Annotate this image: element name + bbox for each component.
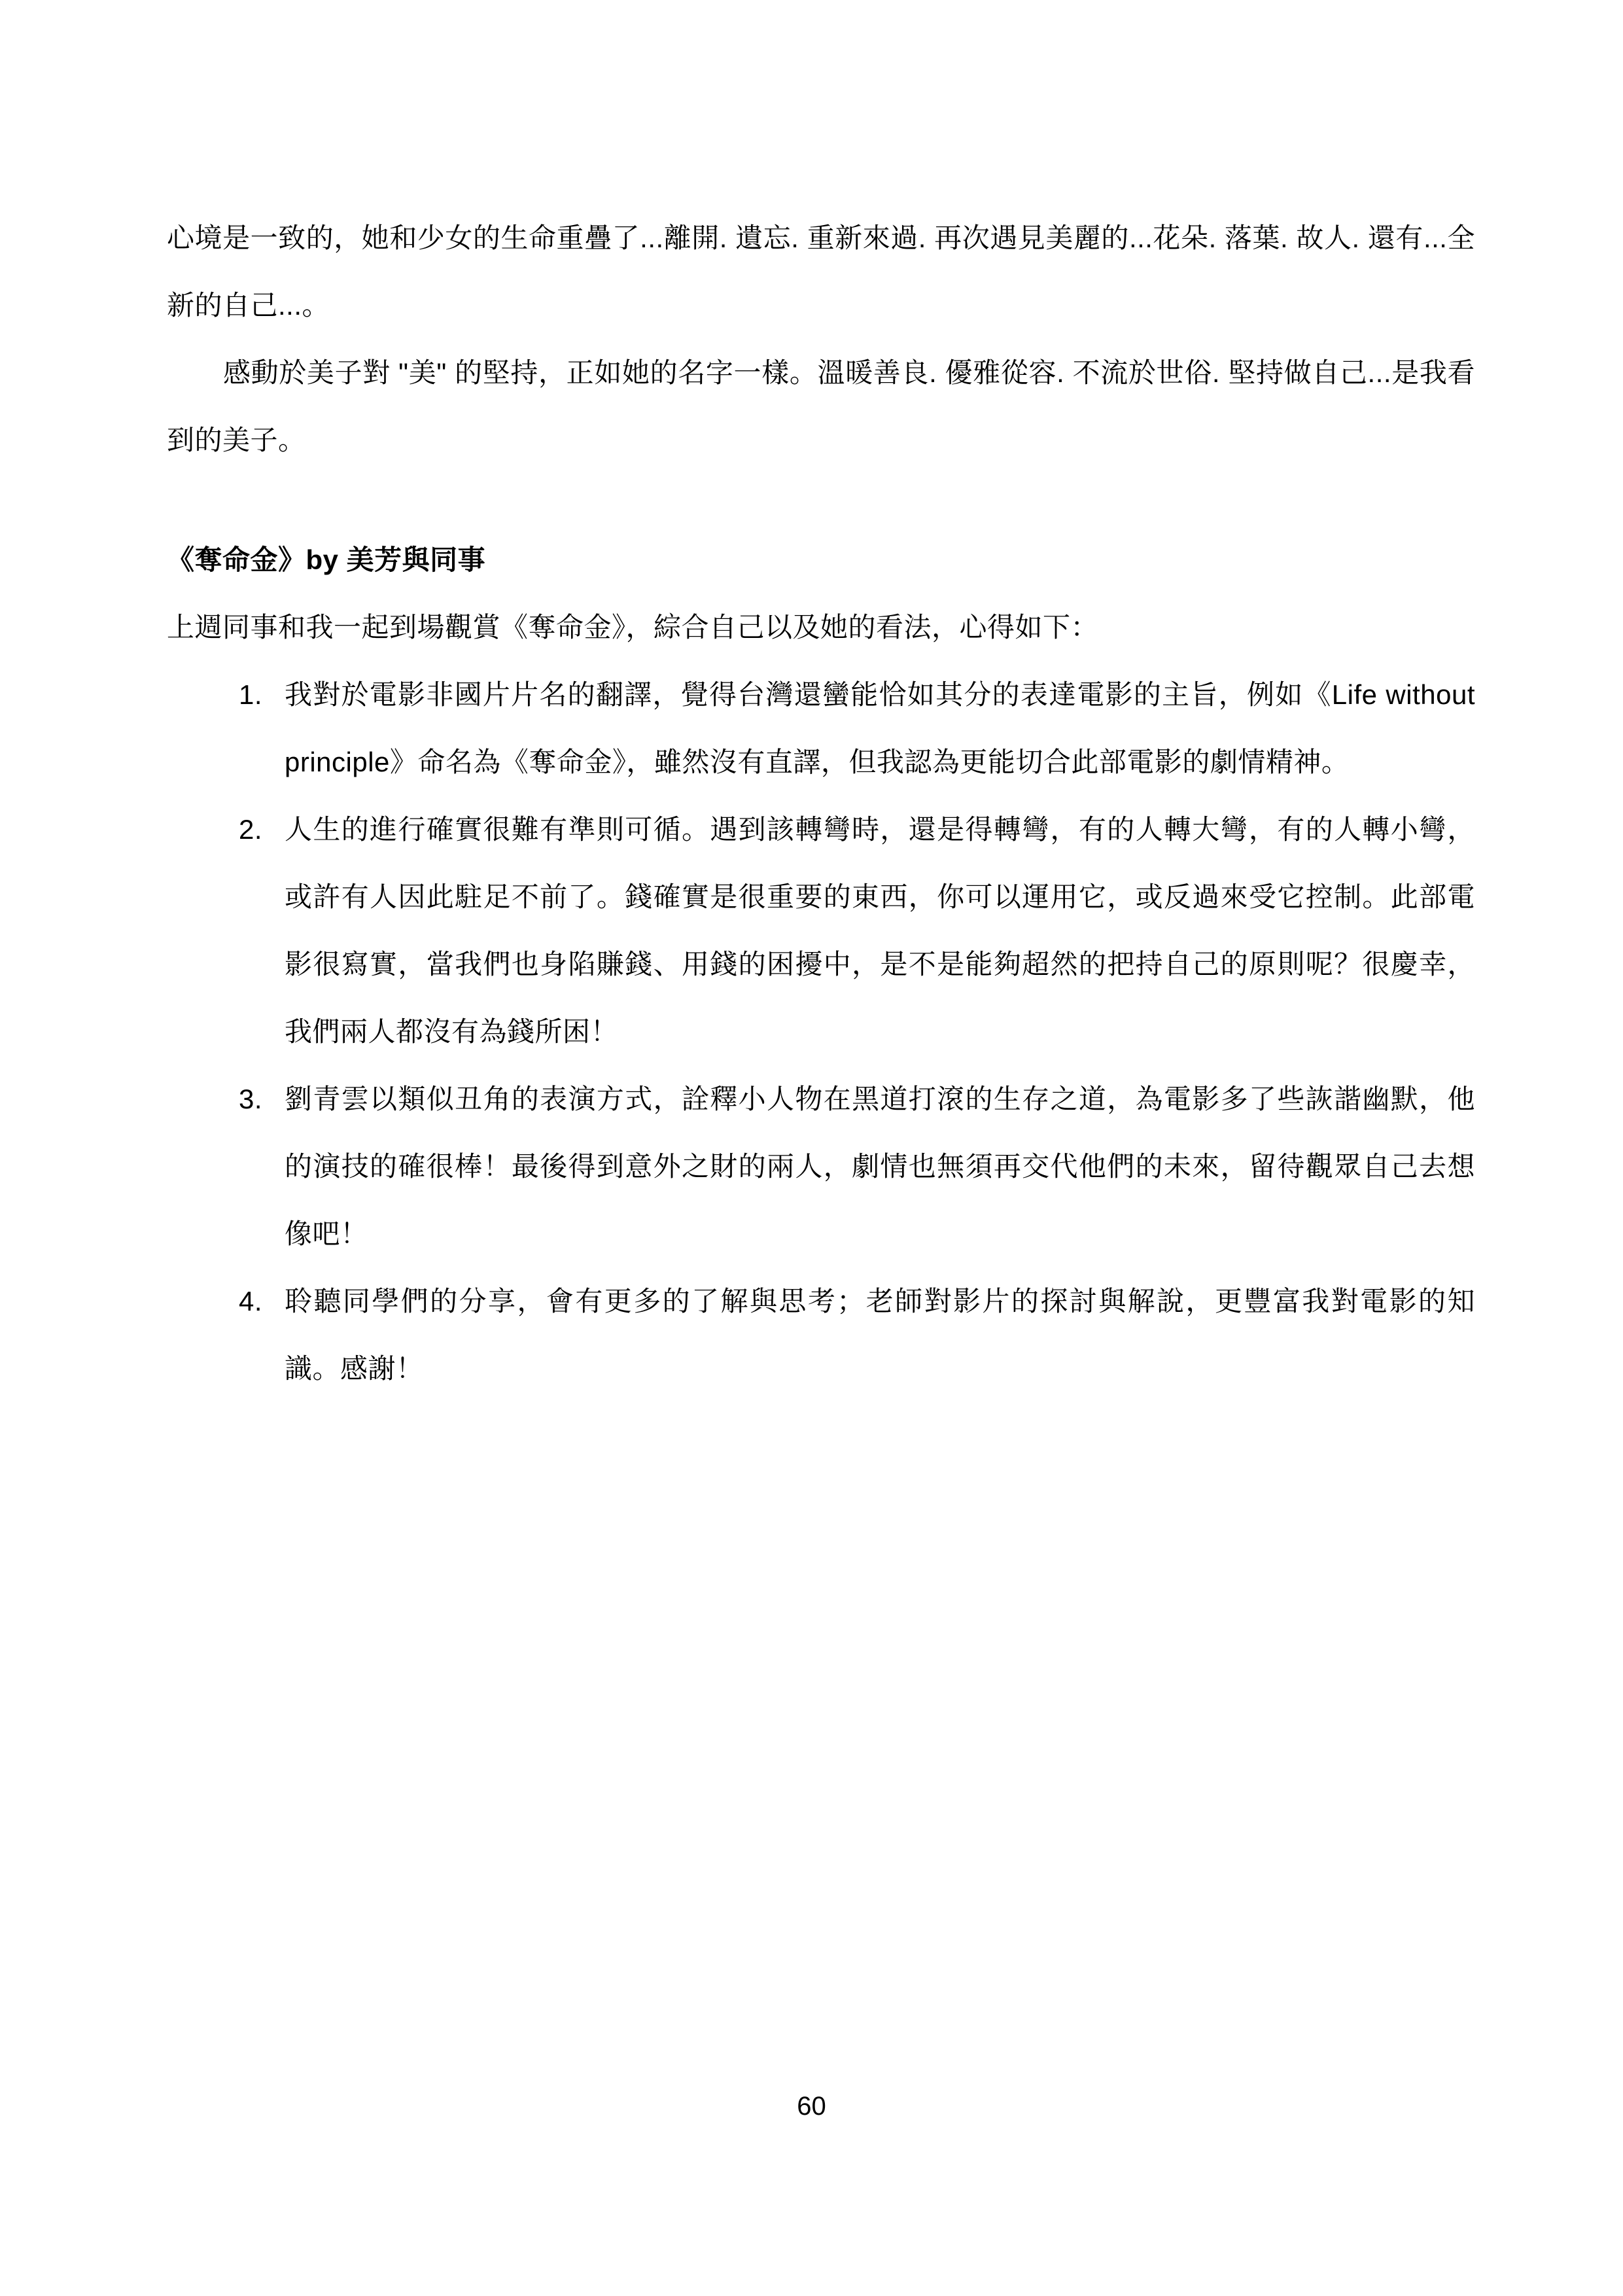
list-item-number: 3.: [239, 1065, 262, 1133]
page-number: 60: [0, 2091, 1623, 2122]
list-item-number: 2.: [239, 796, 262, 863]
section-heading: 《奪命金》by 美芳與同事: [167, 526, 1475, 593]
list-item-text: 人生的進行確實很難有準則可循。遇到該轉彎時，還是得轉彎，有的人轉大彎，有的人轉小…: [285, 796, 1475, 1065]
section-intro: 上週同事和我一起到場觀賞《奪命金》，綜合自己以及她的看法，心得如下：: [167, 593, 1475, 661]
list-item-text: 我對於電影非國片片名的翻譯，覺得台灣還蠻能恰如其分的表達電影的主旨，例如《Lif…: [285, 661, 1475, 796]
list-item: 1. 我對於電影非國片片名的翻譯，覺得台灣還蠻能恰如其分的表達電影的主旨，例如《…: [167, 661, 1475, 796]
numbered-list: 1. 我對於電影非國片片名的翻譯，覺得台灣還蠻能恰如其分的表達電影的主旨，例如《…: [167, 661, 1475, 1402]
list-item-text: 聆聽同學們的分享，會有更多的了解與思考；老師對影片的探討與解說，更豐富我對電影的…: [285, 1267, 1475, 1402]
list-item-number: 4.: [239, 1267, 262, 1335]
list-item-text: 劉青雲以類似丑角的表演方式，詮釋小人物在黑道打滾的生存之道，為電影多了些詼諧幽默…: [285, 1065, 1475, 1267]
page-content: 心境是一致的，她和少女的生命重疊了...離開. 遺忘. 重新來過. 再次遇見美麗…: [167, 204, 1475, 1402]
list-item-number: 1.: [239, 661, 262, 728]
list-item: 4. 聆聽同學們的分享，會有更多的了解與思考；老師對影片的探討與解說，更豐富我對…: [167, 1267, 1475, 1402]
document-page: 心境是一致的，她和少女的生命重疊了...離開. 遺忘. 重新來過. 再次遇見美麗…: [0, 0, 1623, 2296]
paragraph-continued: 心境是一致的，她和少女的生命重疊了...離開. 遺忘. 重新來過. 再次遇見美麗…: [167, 204, 1475, 339]
paragraph-meizi-reflection: 感動於美子對 "美" 的堅持，正如她的名字一樣。溫暖善良. 優雅從容. 不流於世…: [167, 339, 1475, 474]
list-item: 2. 人生的進行確實很難有準則可循。遇到該轉彎時，還是得轉彎，有的人轉大彎，有的…: [167, 796, 1475, 1065]
list-item: 3. 劉青雲以類似丑角的表演方式，詮釋小人物在黑道打滾的生存之道，為電影多了些詼…: [167, 1065, 1475, 1267]
